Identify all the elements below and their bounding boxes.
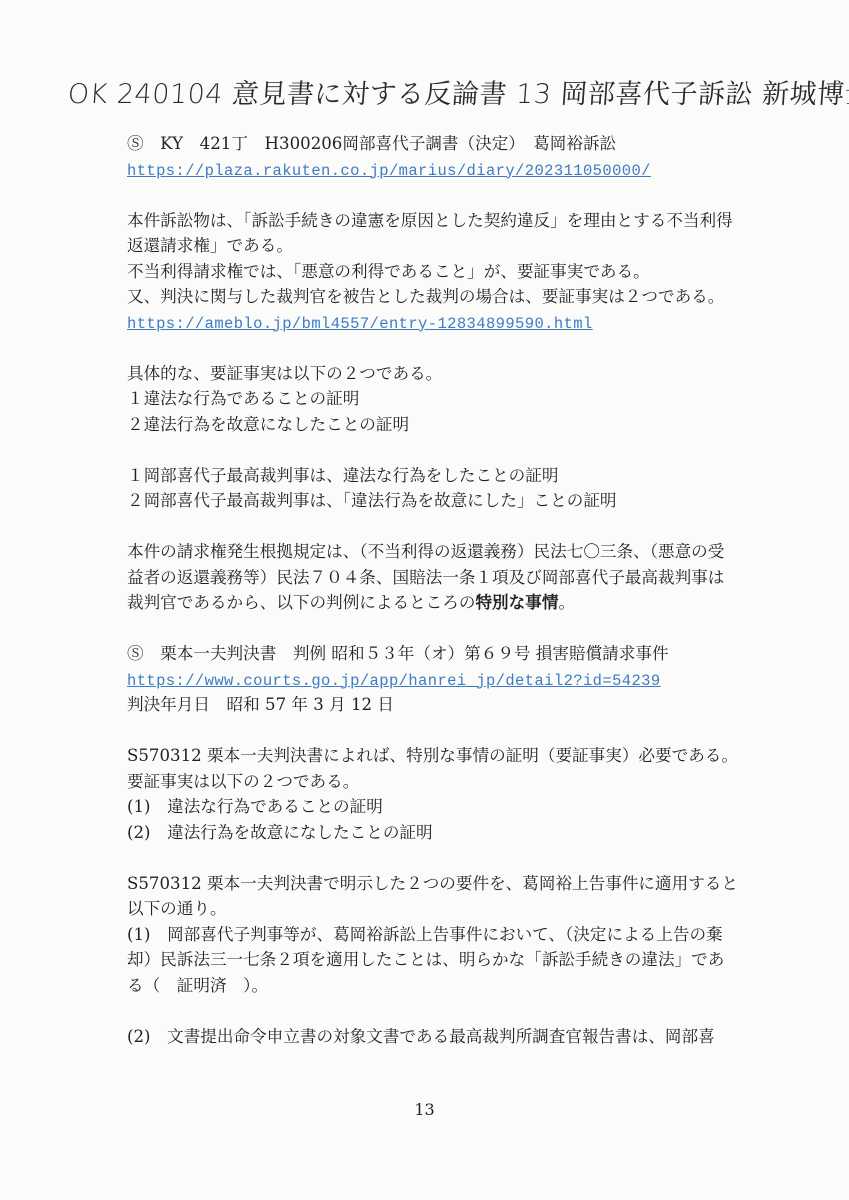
list-item: ２岡部喜代子最高裁判事は、「違法行為を故意にした」ことの証明 bbox=[127, 488, 787, 514]
paragraph-line: 具体的な、要証事実は以下の２つである。 bbox=[127, 361, 787, 387]
judgment-date: 判決年月日 昭和 57 年 3 月 12 日 bbox=[127, 692, 787, 718]
paragraph-line: S570312 栗本一夫判決書で明示した２つの要件を、葛岡裕上告事件に適用すると bbox=[127, 871, 787, 897]
paragraph-line: る（ 証明済 ）。 bbox=[127, 973, 787, 999]
page-number: 13 bbox=[0, 1100, 849, 1119]
list-item: (2) 文書提出命令申立書の対象文書である最高裁判所調査官報告書は、岡部喜 bbox=[127, 1024, 787, 1050]
section-heading-2: Ⓢ 栗本一夫判決書 判例 昭和５３年（オ）第６９号 損害賠償請求事件 bbox=[127, 641, 787, 667]
list-item: (1) 違法な行為であることの証明 bbox=[127, 794, 787, 820]
paragraph-line: 却）民訴法三一七条２項を適用したことは、明らかな「訴訟手続きの違法」であ bbox=[127, 947, 787, 973]
text-span: 。 bbox=[558, 593, 575, 612]
section-heading-1: Ⓢ KY 421丁 H300206岡部喜代子調書（決定） 葛岡裕訴訟 bbox=[127, 131, 787, 157]
bold-special-circumstances: 特別な事情 bbox=[475, 592, 558, 612]
document-body: Ⓢ KY 421丁 H300206岡部喜代子調書（決定） 葛岡裕訴訟 https… bbox=[127, 131, 787, 1049]
paragraph-line: 本件訴訟物は、「訴訟手続きの違憲を原因とした契約違反」を理由とする不当利得 bbox=[127, 208, 787, 234]
paragraph-line: 以下の通り。 bbox=[127, 896, 787, 922]
list-item: １岡部喜代子最高裁判事は、違法な行為をしたことの証明 bbox=[127, 463, 787, 489]
text-span: 裁判官であるから、以下の判例によるところの bbox=[127, 593, 475, 612]
paragraph-line: 不当利得請求権では、「悪意の利得であること」が、要証事実である。 bbox=[127, 259, 787, 285]
handwritten-header: OK 240104 意見書に対する反論書 13 岡部喜代子訴訟 新城博士裁判官 bbox=[67, 72, 800, 111]
list-item: ２違法行為を故意になしたことの証明 bbox=[127, 412, 787, 438]
link-courts-hanrei[interactable]: https://www.courts.go.jp/app/hanrei_jp/d… bbox=[127, 672, 661, 690]
link-rakuten-diary[interactable]: https://plaza.rakuten.co.jp/marius/diary… bbox=[127, 162, 651, 180]
paragraph-line: 返還請求権」である。 bbox=[127, 233, 787, 259]
list-item: １違法な行為であることの証明 bbox=[127, 386, 787, 412]
link-ameblo-entry[interactable]: https://ameblo.jp/bml4557/entry-12834899… bbox=[127, 315, 593, 333]
paragraph-line: 要証事実は以下の２つである。 bbox=[127, 769, 787, 795]
paragraph-line: 本件の請求権発生根拠規定は、（不当利得の返還義務）民法七〇三条、（悪意の受 bbox=[127, 539, 787, 565]
list-item: (2) 違法行為を故意になしたことの証明 bbox=[127, 820, 787, 846]
paragraph-line: S570312 栗本一夫判決書によれば、特別な事情の証明（要証事実）必要である。 bbox=[127, 743, 787, 769]
paragraph-line: 益者の返還義務等）民法７０４条、国賠法一条１項及び岡部喜代子最高裁判事は bbox=[127, 565, 787, 591]
paragraph-line: 又、判決に関与した裁判官を被告とした裁判の場合は、要証事実は２つである。 bbox=[127, 284, 787, 310]
list-item: (1) 岡部喜代子判事等が、葛岡裕訴訟上告事件において、（決定による上告の棄 bbox=[127, 922, 787, 948]
paragraph-line: 裁判官であるから、以下の判例によるところの特別な事情。 bbox=[127, 590, 787, 616]
